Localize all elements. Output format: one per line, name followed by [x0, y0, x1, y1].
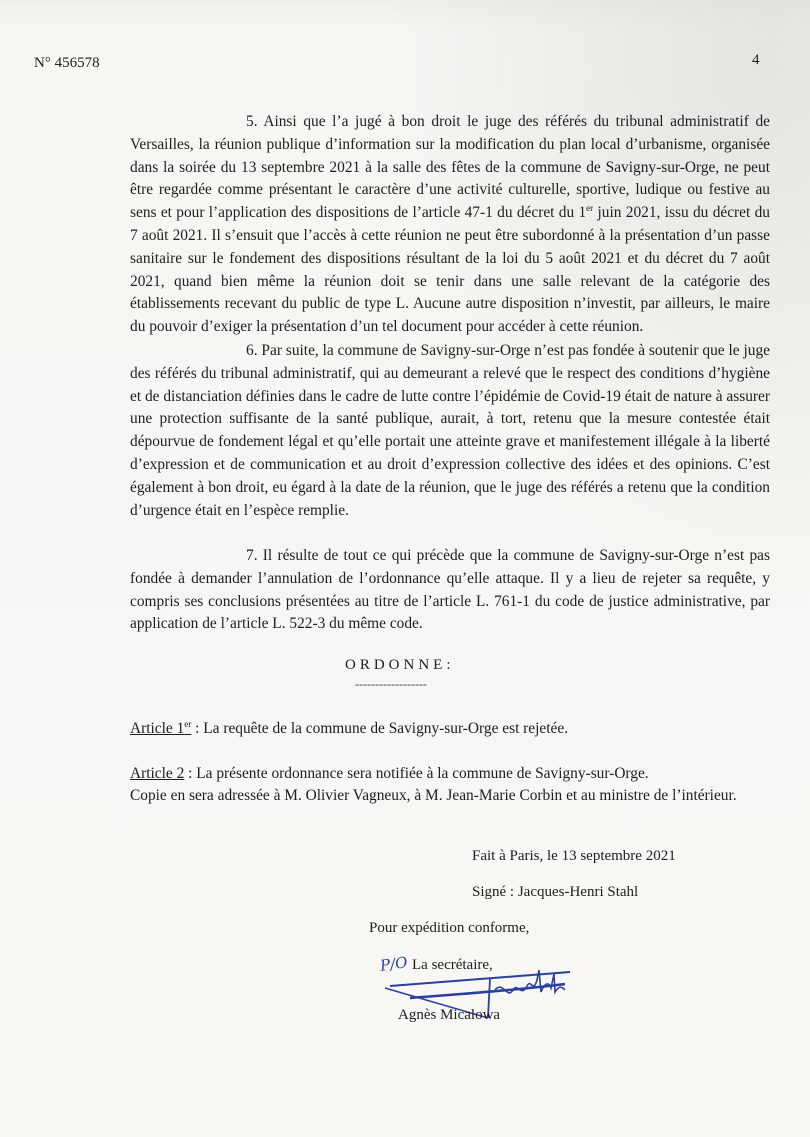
paragraph-6-text: 6. Par suite, la commune de Savigny-sur-… [130, 342, 770, 519]
case-number: N° 456578 [34, 55, 100, 72]
document-page: N° 456578 4 5. Ainsi que l’a jugé à bon … [0, 0, 810, 1137]
secretary-name: Agnès Micalowa [398, 1007, 500, 1024]
article-1-label: Article 1er [130, 720, 191, 737]
paragraph-7: 7. Il résulte de tout ce qui précède que… [130, 545, 770, 636]
article-1: Article 1er : La requête de la commune d… [130, 718, 770, 741]
article-1-text: : La requête de la commune de Savigny-su… [191, 720, 568, 737]
article-2-copy-text: Copie en sera adressée à M. Olivier Vagn… [130, 787, 737, 804]
article-2-text: : La présente ordonnance sera notifiée à… [184, 765, 648, 782]
reverse-side-bleed-through [130, 74, 134, 96]
article-2-label: Article 2 [130, 765, 184, 782]
page-number: 4 [752, 52, 760, 69]
signed-by: Signé : Jacques-Henri Stahl [472, 884, 638, 901]
place-and-date: Fait à Paris, le 13 septembre 2021 [472, 848, 676, 865]
paragraph-5-text-part2: juin 2021, issu du décret du 7 août 2021… [130, 204, 770, 335]
certification-line: Pour expédition conforme, [369, 920, 529, 937]
ordonne-underline: ------------------ [355, 677, 427, 692]
article-2: Article 2 : La présente ordonnance sera … [130, 763, 770, 786]
article-2-copy: Copie en sera adressée à M. Olivier Vagn… [130, 785, 770, 808]
ordonne-heading: ORDONNE: [345, 657, 455, 674]
paragraph-5: 5. Ainsi que l’a jugé à bon droit le jug… [130, 111, 770, 339]
paragraph-7-text: 7. Il résulte de tout ce qui précède que… [130, 547, 770, 632]
paragraph-6: 6. Par suite, la commune de Savigny-sur-… [130, 340, 770, 522]
